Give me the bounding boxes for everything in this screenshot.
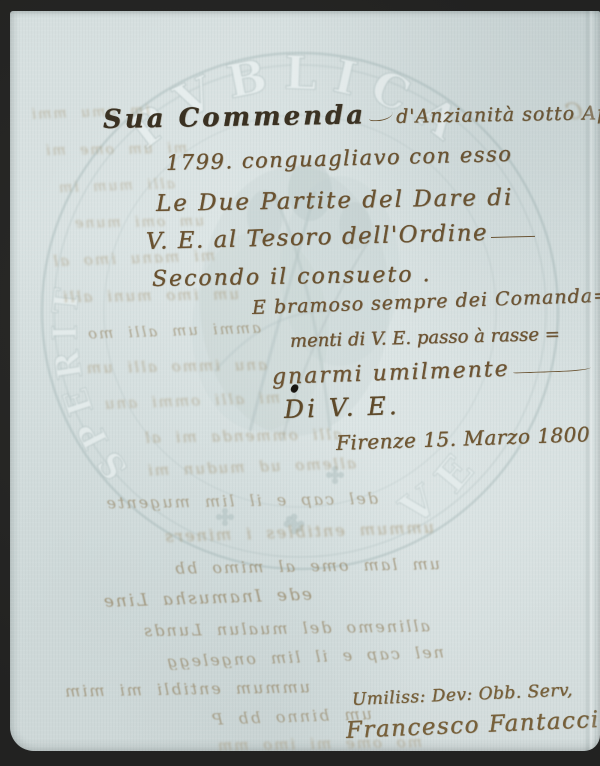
letter-line: Secondo il consueto . xyxy=(152,264,432,291)
flourish xyxy=(512,362,590,374)
letter-valediction-initials: Di V. E. xyxy=(284,393,401,422)
letter-page: PVBLICA SPERITAT VE xyxy=(10,11,600,751)
letter-opening-words: Sua Commenda xyxy=(103,100,367,135)
flourish xyxy=(369,108,393,121)
letter-line-text: d'Anzianità sotto Aprile xyxy=(396,102,600,128)
letter-line: Le Due Partite del Dare di xyxy=(156,187,514,216)
scanner-background: PVBLICA SPERITAT VE xyxy=(0,0,600,766)
watermark-left-letters: SPERITAT xyxy=(10,11,136,487)
flourish xyxy=(491,224,535,238)
